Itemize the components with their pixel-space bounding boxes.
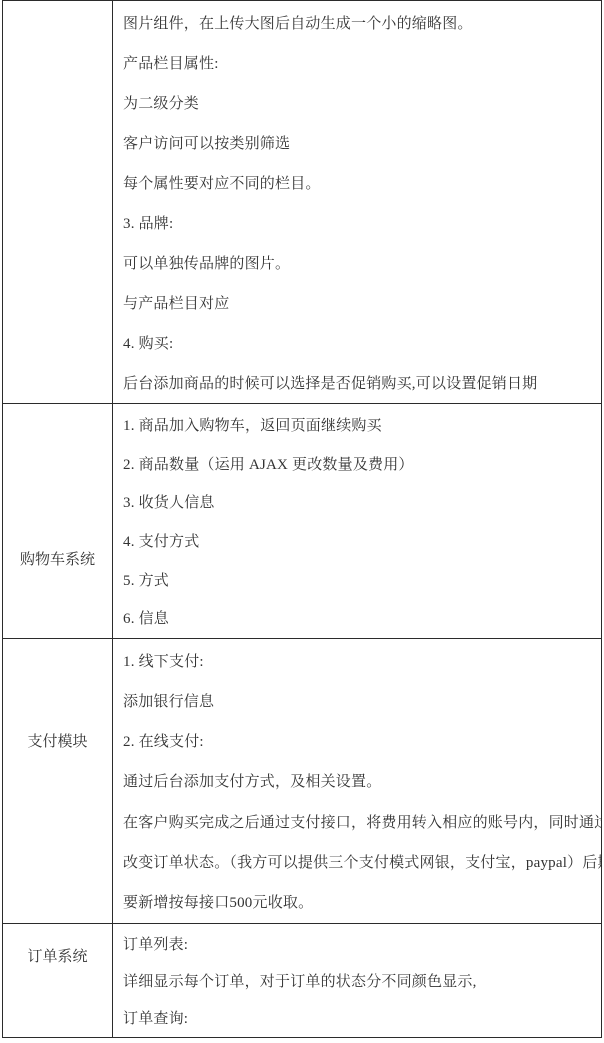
content-line: 改变订单状态。（我方可以提供三个支付模式网银，支付宝，paypal）后期如需 — [123, 841, 595, 881]
content-line: 2. 商品数量（运用 AJAX 更改数量及费用） — [123, 444, 595, 483]
module-content-cell: 1. 商品加入购物车，返回页面继续购买2. 商品数量（运用 AJAX 更改数量及… — [113, 404, 601, 638]
module-label: 订单系统 — [27, 947, 87, 967]
content-line: 4. 支付方式 — [123, 521, 595, 560]
content-line: 2. 在线支付: — [123, 721, 595, 761]
requirements-table: 图片组件，在上传大图后自动生成一个小的缩略图。产品栏目属性:为二级分类客户访问可… — [2, 0, 602, 1038]
module-label: 购物车系统 — [20, 550, 95, 570]
content-line: 3. 品牌: — [123, 202, 595, 242]
table-row: 购物车系统 1. 商品加入购物车，返回页面继续购买2. 商品数量（运用 AJAX… — [3, 404, 601, 639]
module-label-cell — [3, 1, 113, 403]
module-label-cell: 购物车系统 — [3, 404, 113, 638]
table-row: 图片组件，在上传大图后自动生成一个小的缩略图。产品栏目属性:为二级分类客户访问可… — [3, 1, 601, 404]
content-line: 1. 商品加入购物车，返回页面继续购买 — [123, 405, 595, 444]
content-line: 订单查询: — [123, 999, 595, 1036]
content-line: 产品栏目属性: — [123, 42, 595, 82]
document-page: 图片组件，在上传大图后自动生成一个小的缩略图。产品栏目属性:为二级分类客户访问可… — [0, 0, 604, 1043]
content-line: 后台添加商品的时候可以选择是否促销购买,可以设置促销日期 — [123, 362, 595, 402]
content-line: 详细显示每个订单，对于订单的状态分不同颜色显示, — [123, 962, 595, 999]
content-line: 要新增按每接口500元收取。 — [123, 882, 595, 922]
module-content-cell: 图片组件，在上传大图后自动生成一个小的缩略图。产品栏目属性:为二级分类客户访问可… — [113, 1, 601, 403]
content-line: 5. 方式 — [123, 560, 595, 599]
content-line: 添加银行信息 — [123, 680, 595, 720]
content-line: 订单列表: — [123, 925, 595, 962]
content-line: 与产品栏目对应 — [123, 282, 595, 322]
module-content-cell: 1. 线下支付:添加银行信息2. 在线支付:通过后台添加支付方式，及相关设置。在… — [113, 639, 601, 923]
content-line: 可以单独传品牌的图片。 — [123, 242, 595, 282]
module-label-cell: 支付模块 — [3, 639, 113, 923]
module-content-cell: 订单列表:详细显示每个订单，对于订单的状态分不同颜色显示,订单查询: — [113, 924, 601, 1037]
content-line: 通过后台添加支付方式，及相关设置。 — [123, 761, 595, 801]
table-row: 订单系统 订单列表:详细显示每个订单，对于订单的状态分不同颜色显示,订单查询: — [3, 924, 601, 1038]
content-line: 6. 信息 — [123, 598, 595, 637]
content-line: 4. 购买: — [123, 322, 595, 362]
module-label: 支付模块 — [27, 732, 87, 752]
content-line: 客户访问可以按类别筛选 — [123, 122, 595, 162]
table-row: 支付模块 1. 线下支付:添加银行信息2. 在线支付:通过后台添加支付方式，及相… — [3, 639, 601, 924]
content-line: 图片组件，在上传大图后自动生成一个小的缩略图。 — [123, 2, 595, 42]
content-line: 为二级分类 — [123, 82, 595, 122]
content-line: 1. 线下支付: — [123, 640, 595, 680]
content-line: 在客户购买完成之后通过支付接口，将费用转入相应的账号内，同时通过返回值 — [123, 801, 595, 841]
content-line: 每个属性要对应不同的栏目。 — [123, 162, 595, 202]
content-line: 3. 收货人信息 — [123, 482, 595, 521]
module-label-cell: 订单系统 — [3, 924, 113, 1037]
